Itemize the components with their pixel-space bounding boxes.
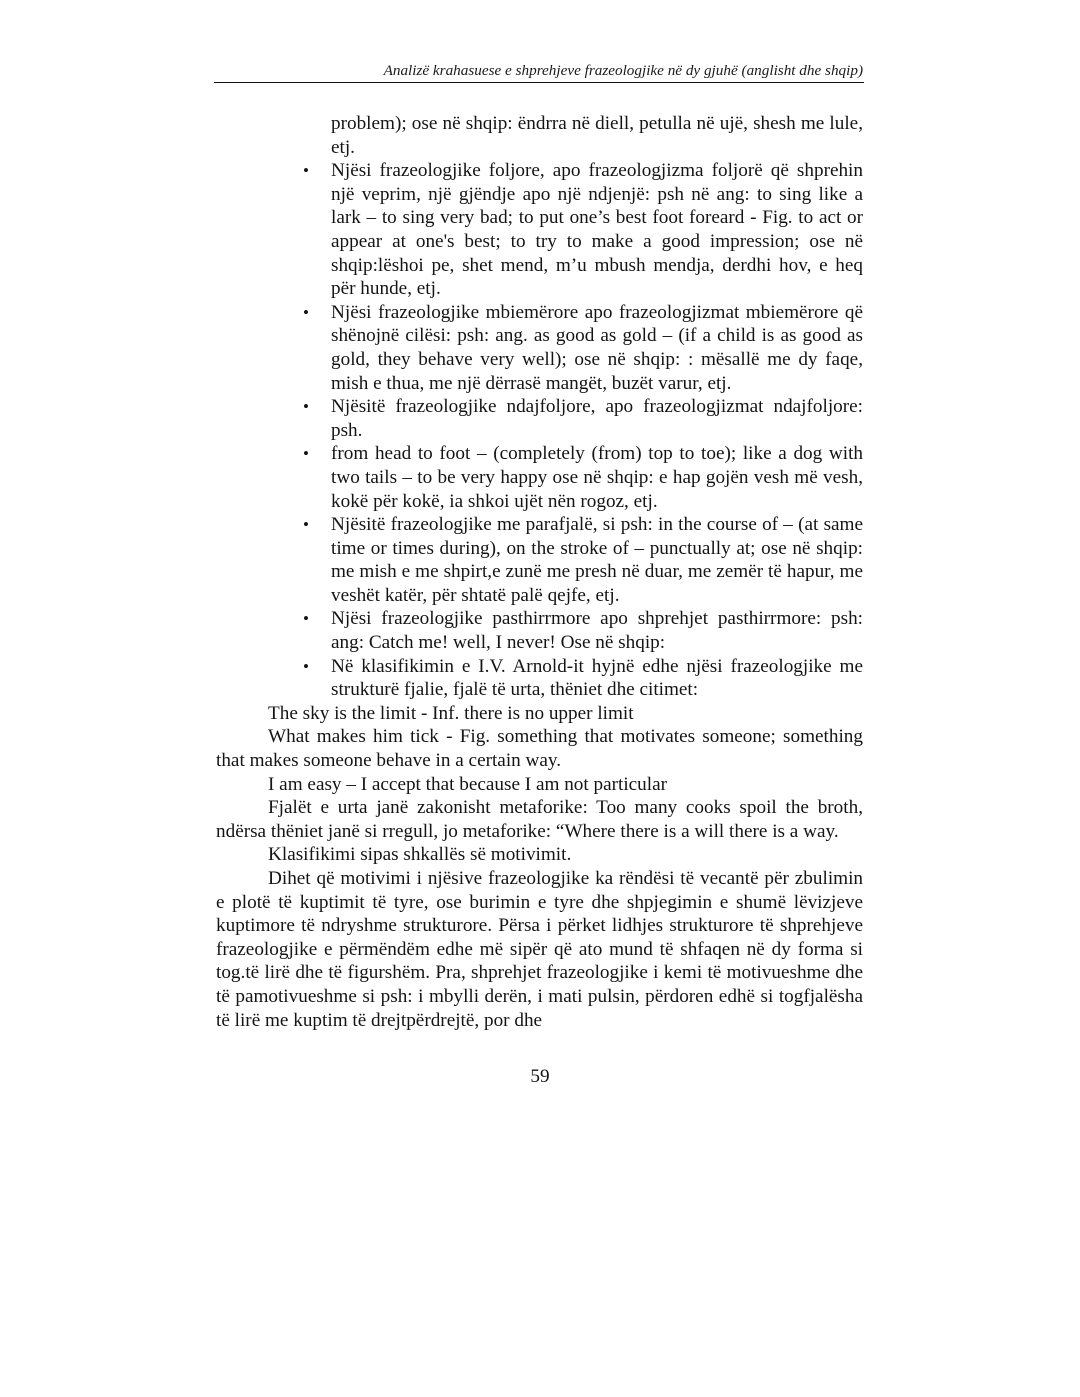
document-page: Analizë krahasuese e shprehjeve frazeolo… xyxy=(0,0,1080,1397)
page-body: problem); ose në shqip: ëndrra në diell,… xyxy=(216,112,863,1032)
list-item: • Njësi frazeologjike pasthirrmore apo s… xyxy=(331,607,863,654)
bullet-icon: • xyxy=(303,301,309,325)
page-number: 59 xyxy=(0,1065,1080,1088)
list-item-text: Njësitë frazeologjike me parafjalë, si p… xyxy=(331,514,863,606)
list-item-text: Njësi frazeologjike pasthirrmore apo shp… xyxy=(331,608,863,653)
list-item: • from head to foot – (completely (from)… xyxy=(331,442,863,513)
list-item-text: Njësi frazeologjike mbiemërore apo fraze… xyxy=(331,302,863,394)
bullet-icon: • xyxy=(303,395,309,419)
list-item-text: Njësi frazeologjike foljore, apo frazeol… xyxy=(331,160,863,299)
continued-paragraph: problem); ose në shqip: ëndrra në diell,… xyxy=(331,112,863,159)
bullet-icon: • xyxy=(303,159,309,183)
list-item-text: Në klasifikimin e I.V. Arnold-it hyjnë e… xyxy=(331,656,863,701)
bullet-icon: • xyxy=(303,655,309,679)
bullet-icon: • xyxy=(303,442,309,466)
section-heading-motivation: Klasifikimi sipas shkallës së motivimit. xyxy=(216,843,863,867)
list-item-text: from head to foot – (completely (from) t… xyxy=(331,443,863,511)
list-item-text: Njësitë frazeologjike ndajfoljore, apo f… xyxy=(331,396,863,441)
list-item: • Njësi frazeologjike foljore, apo fraze… xyxy=(331,159,863,301)
bullet-icon: • xyxy=(303,513,309,537)
list-item: • Njësitë frazeologjike ndajfoljore, apo… xyxy=(331,395,863,442)
bullet-icon: • xyxy=(303,607,309,631)
list-item: • Njësi frazeologjike mbiemërore apo fra… xyxy=(331,301,863,395)
list-item: • Njësitë frazeologjike me parafjalë, si… xyxy=(331,513,863,607)
motivation-paragraph: Dihet që motivimi i njësive frazeologjik… xyxy=(216,867,863,1032)
header-rule xyxy=(214,82,864,83)
example-what-makes-him-tick: What makes him tick - Fig. something tha… xyxy=(216,725,863,772)
example-sky-limit: The sky is the limit - Inf. there is no … xyxy=(216,702,863,726)
example-i-am-easy: I am easy – I accept that because I am n… xyxy=(216,773,863,797)
proverbs-paragraph: Fjalët e urta janë zakonisht metaforike:… xyxy=(216,796,863,843)
classification-list: • Njësi frazeologjike foljore, apo fraze… xyxy=(216,159,863,702)
list-item: • Në klasifikimin e I.V. Arnold-it hyjnë… xyxy=(331,655,863,702)
running-header: Analizë krahasuese e shprehjeve frazeolo… xyxy=(214,62,863,80)
